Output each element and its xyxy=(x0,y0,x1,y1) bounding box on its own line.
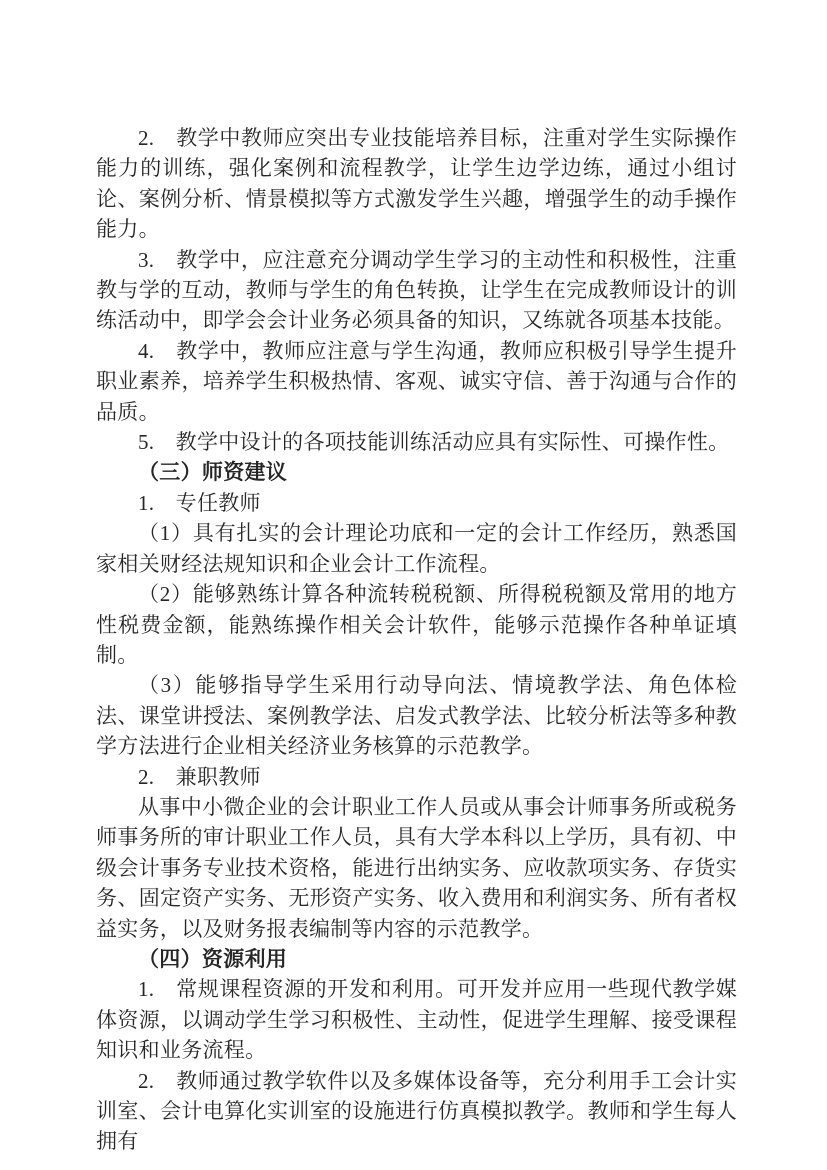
paragraph-resource-1: 1. 常规课程资源的开发和利用。可开发并应用一些现代教学媒体资源，以调动学生学习… xyxy=(96,974,737,1065)
paragraph-fulltime-req-3: （3）能够指导学生采用行动导向法、情境教学法、角色体检法、课堂讲授法、案例教学法… xyxy=(96,670,737,761)
section-heading-resource-use: （四）资源利用 xyxy=(96,944,737,974)
paragraph-fulltime-req-1: （1）具有扎实的会计理论功底和一定的会计工作经历，熟悉国家相关财经法规知识和企业… xyxy=(96,518,737,579)
paragraph-teaching-tip-4: 4. 教学中，教师应注意与学生沟通，教师应积极引导学生提升职业素养，培养学生积极… xyxy=(96,336,737,427)
document-page: 2. 教学中教师应突出专业技能培养目标，注重对学生实际操作能力的训练，强化案例和… xyxy=(0,0,827,1170)
paragraph-teaching-tip-5: 5. 教学中设计的各项技能训练活动应具有实际性、可操作性。 xyxy=(96,427,737,457)
paragraph-teaching-tip-2: 2. 教学中教师应突出专业技能培养目标，注重对学生实际操作能力的训练，强化案例和… xyxy=(96,123,737,245)
paragraph-parttime-req: 从事中小微企业的会计职业工作人员或从事会计师事务所或税务师事务所的审计职业工作人… xyxy=(96,792,737,944)
paragraph-resource-2: 2. 教师通过教学软件以及多媒体设备等，充分利用手工会计实训室、会计电算化实训室… xyxy=(96,1066,737,1157)
paragraph-parttime-teacher-title: 2. 兼职教师 xyxy=(96,762,737,792)
paragraph-fulltime-req-2: （2）能够熟练计算各种流转税税额、所得税税额及常用的地方性税费金额，能熟练操作相… xyxy=(96,579,737,670)
text-content: 2. 教学中教师应突出专业技能培养目标，注重对学生实际操作能力的训练，强化案例和… xyxy=(96,123,737,1157)
paragraph-fulltime-teacher-title: 1. 专任教师 xyxy=(96,488,737,518)
section-heading-teacher-advice: （三）师资建议 xyxy=(96,457,737,487)
paragraph-teaching-tip-3: 3. 教学中，应注意充分调动学生学习的主动性和积极性，注重教与学的互动，教师与学… xyxy=(96,245,737,336)
